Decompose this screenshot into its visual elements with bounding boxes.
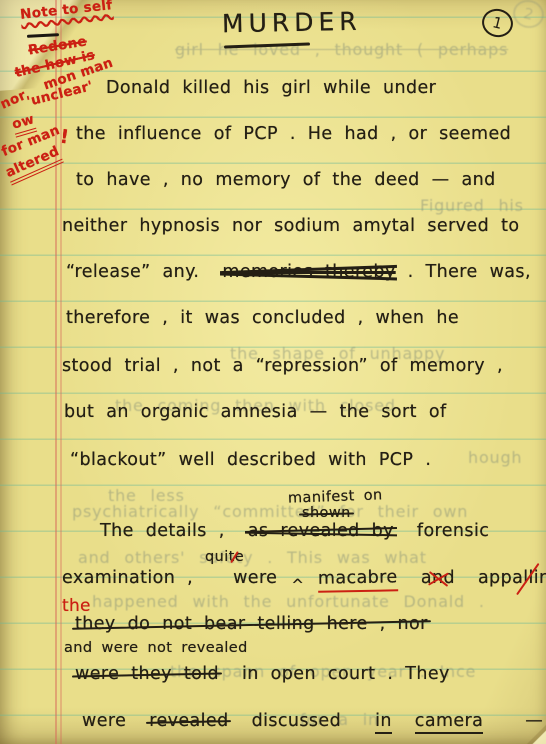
manuscript-line: examination , were ^ macabre and appalli… bbox=[62, 568, 546, 592]
inserted-word-quite: quite bbox=[205, 549, 244, 565]
bleedthrough-line: psychiatrically “committed” for their ow… bbox=[72, 502, 468, 521]
manuscript-line: were they told in open court . They bbox=[75, 664, 450, 684]
struck-text: were they told bbox=[75, 664, 219, 684]
manuscript-line: they do not bear telling here , nor bbox=[75, 614, 428, 634]
line-text: discussed bbox=[252, 711, 342, 731]
inserted-text: manifest on bbox=[288, 487, 383, 506]
bleedthrough-line: girl he loved , thought ( perhaps bbox=[175, 40, 508, 59]
red-slashed-text: appalling – bbox=[478, 568, 546, 588]
underlined-text: camera bbox=[415, 711, 483, 734]
red-inserted-word-the: the bbox=[62, 596, 91, 616]
line-text: examination , bbox=[62, 568, 193, 588]
red-underlined-text: macabre bbox=[318, 567, 398, 592]
struck-text: they do not bear telling here , nor bbox=[75, 614, 428, 634]
manuscript-line: The details , as revealed by forensic bbox=[100, 521, 489, 541]
struck-text: revealed bbox=[149, 711, 228, 731]
manuscript-page: girl he loved , thought ( perhaps Figure… bbox=[0, 0, 546, 744]
manuscript-line: were revealed discussed in camera — bbox=[82, 711, 543, 734]
page-corner-curl bbox=[500, 710, 546, 744]
bleedthrough-line: and others' safety . This was what bbox=[78, 548, 427, 567]
manuscript-line: but an organic amnesia — the sort of bbox=[64, 402, 447, 422]
manuscript-line: Donald killed his girl while under bbox=[106, 78, 436, 98]
insertion-caret: ^ bbox=[291, 576, 304, 594]
bleedthrough-line: hough bbox=[468, 448, 522, 467]
underlined-text: in bbox=[375, 711, 392, 734]
bleed-page-number: 2 bbox=[522, 4, 536, 24]
line-text: “release” any. bbox=[66, 262, 199, 282]
struck-word: shown bbox=[302, 505, 351, 521]
bleedthrough-line: happened with the unfortunate Donald . bbox=[92, 592, 485, 611]
manuscript-line: therefore , it was concluded , when he bbox=[66, 308, 459, 328]
manuscript-line: to have , no memory of the deed — and bbox=[76, 170, 496, 190]
line-text: forensic bbox=[417, 521, 489, 541]
manuscript-line: “blackout” well described with PCP . bbox=[70, 450, 431, 470]
manuscript-line: the influence of PCP . He had , or seeme… bbox=[76, 124, 511, 144]
margin-rule-left bbox=[55, 0, 57, 744]
line-text: . There was, bbox=[408, 262, 531, 282]
page-number: 1 bbox=[491, 13, 505, 33]
line-text: in open court . They bbox=[242, 664, 450, 684]
manuscript-line: “release” any. memories thereby . There … bbox=[66, 262, 531, 282]
manuscript-line: and were not revealed bbox=[64, 640, 248, 656]
bleedthrough-line: Figured his bbox=[420, 196, 524, 215]
struck-text: as revealed by bbox=[248, 521, 394, 541]
page-title: MURDER bbox=[222, 7, 362, 38]
scribbled-out-text: memories thereby bbox=[222, 262, 395, 282]
line-text: were bbox=[233, 568, 277, 588]
manuscript-line: stood trial , not a “repression” of memo… bbox=[62, 356, 503, 376]
struck-text: shown bbox=[302, 505, 351, 521]
manuscript-line: neither hypnosis nor sodium amytal serve… bbox=[62, 216, 519, 236]
red-slashed-text: quite bbox=[205, 549, 244, 565]
line-text: were bbox=[82, 711, 126, 731]
red-crossed-text: and bbox=[421, 568, 455, 588]
line-text: The details , bbox=[100, 521, 225, 541]
